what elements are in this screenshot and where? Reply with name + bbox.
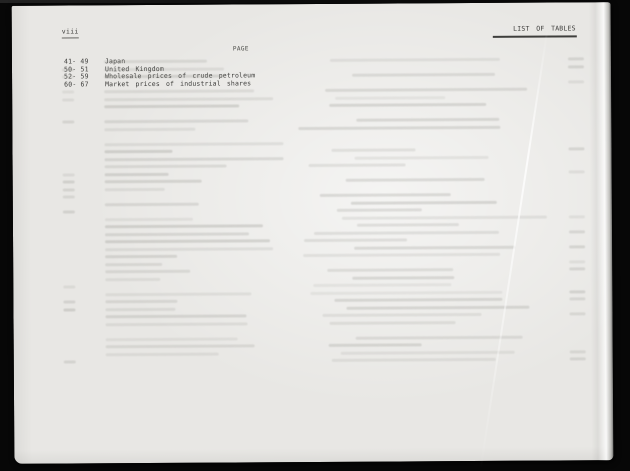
page-curl-edge [589,2,614,460]
page-title: LIST OF TABLES [513,24,576,32]
scan-background: viii LIST OF TABLES PAGE 41- 49 Japan 50… [0,0,630,471]
paper-crease [480,27,549,467]
page-column-header: PAGE [233,45,249,52]
entry-title: Market prices of industrial shares [105,79,251,88]
entry-page-range: 60- 67 [64,80,89,88]
list-of-tables-entries: 41- 49 Japan 50- 51 United Kingdom 52- 5… [12,54,611,88]
header-rule-underline [493,35,577,37]
scanned-page: viii LIST OF TABLES PAGE 41- 49 Japan 50… [12,2,614,464]
